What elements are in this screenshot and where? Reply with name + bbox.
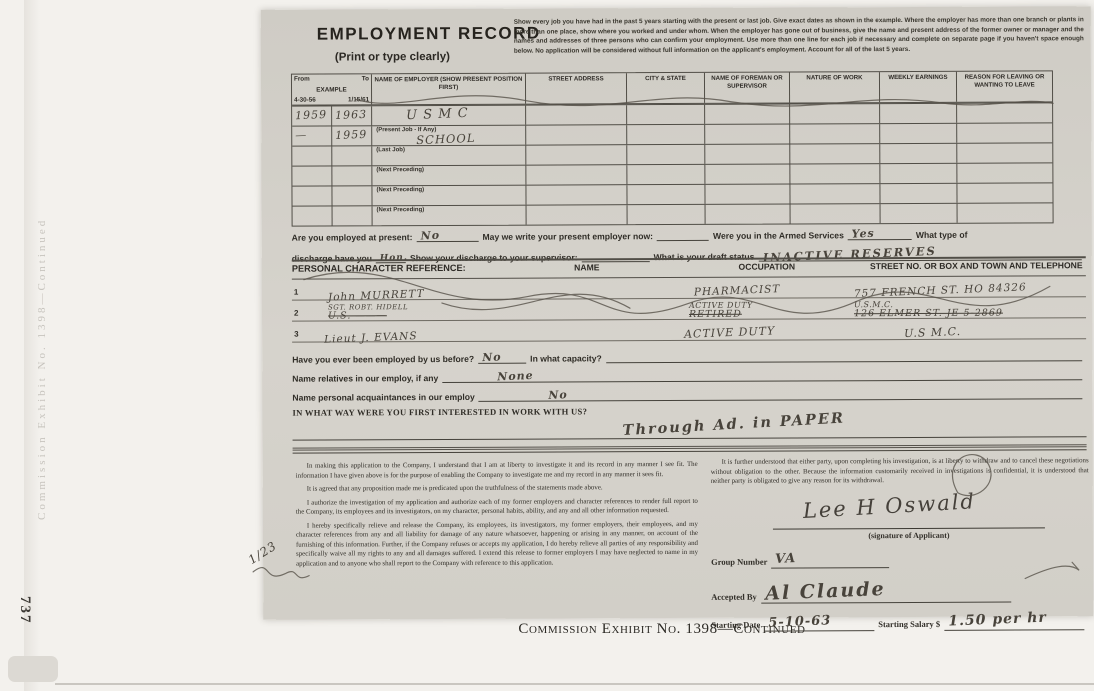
references-col-address: STREET NO. OR BOX AND TOWN AND TELEPHONE — [867, 260, 1086, 276]
header-foreman: NAME OF FOREMAN OR SUPERVISOR — [705, 73, 790, 103]
header-employer: NAME OF EMPLOYER (SHOW PRESENT POSITION … — [372, 74, 526, 105]
row5-label: (Next Preceding) — [376, 187, 424, 193]
header-street: STREET ADDRESS — [526, 73, 627, 103]
group-number-label: Group Number — [711, 556, 767, 568]
table-row: — 1959 (Present Job - If Any) SCHOOL — [292, 122, 1052, 145]
reference3-occupation: ACTIVE DUTY — [634, 322, 844, 344]
scan-artifact — [8, 656, 58, 682]
group-number-field: VA — [771, 552, 889, 569]
references-col-name: NAME — [507, 262, 667, 278]
starting-date-field: 5-10-63 — [764, 615, 874, 631]
question-employed-before: Have you ever been employed by us before… — [292, 354, 474, 365]
question-employed-at-present: Are you employed at present: — [292, 232, 413, 243]
reference-number: 3 — [292, 330, 314, 342]
history-questions: Have you ever been employed by us before… — [292, 342, 1086, 453]
reference2-address: U.S.M.C. 126 ELMER ST. JE 5-2869 — [844, 297, 1086, 318]
page-number: 737 — [16, 596, 33, 625]
employment-history-table: From To EXAMPLE 4-30-56 1/15/61 NAME OF … — [291, 70, 1054, 226]
header-city-state: CITY & STATE — [627, 73, 705, 103]
row1-to: 1963 — [335, 108, 367, 122]
question-armed-services: Were you in the Armed Services — [713, 230, 844, 241]
table-row: (Last Job) — [292, 142, 1052, 165]
reference3-address: U.S M.C. — [844, 320, 1086, 343]
signature-caption: (signature of Applicant) — [773, 529, 1045, 541]
legal-paragraph: I hereby specifically relieve and releas… — [296, 519, 698, 568]
question-capacity: In what capacity? — [530, 353, 602, 363]
table-row: (Next Preceding) — [292, 162, 1052, 185]
references-title: PERSONAL CHARACTER REFERENCE: — [292, 263, 507, 279]
legal-paragraph: It is agreed that any proposition made m… — [296, 483, 698, 494]
write-employer-field — [657, 227, 709, 241]
reference3-name: Lieut J. EVANS — [314, 322, 634, 348]
employed-at-present-field: No — [416, 228, 478, 242]
form-title: EMPLOYMENT RECORD — [317, 24, 541, 45]
table-row: 1959 1963 U S M C — [292, 102, 1052, 125]
example-label: EXAMPLE — [294, 86, 369, 93]
form-instructions: Show every job you have had in the past … — [514, 15, 1084, 56]
employed-before-field: No — [478, 350, 526, 364]
form-subtitle: (Print or type clearly) — [335, 51, 450, 64]
question-discharge-type-1: What type of — [916, 230, 968, 240]
legal-paragraph: It is further understood that either par… — [711, 456, 1089, 486]
legal-paragraphs-left: In making this application to the Compan… — [296, 460, 698, 573]
accepted-by-label: Accepted By — [711, 591, 757, 603]
row6-label: (Next Preceding) — [377, 207, 425, 213]
signature-area: Lee H Oswald (signature of Applicant) — [711, 485, 1089, 545]
header-weekly-earnings: WEEKLY EARNINGS — [880, 72, 957, 102]
row2-to: 1959 — [335, 128, 367, 142]
references-rows: 1 John MURRETT PHARMACIST 757 FRENCH ST.… — [292, 276, 1086, 342]
row3-label: (Last Job) — [376, 147, 405, 153]
header-nature-of-work: NATURE OF WORK — [790, 72, 880, 102]
row1-from: 1959 — [295, 108, 327, 122]
row1-employer: U S M C — [406, 106, 469, 123]
reference-number: 1 — [292, 288, 314, 300]
margin-date-note: 1/23 — [246, 539, 280, 567]
legal-paragraph: I authorize the investigation of my appl… — [296, 496, 698, 517]
header-reason-leaving: REASON FOR LEAVING OR WANTING TO LEAVE — [957, 71, 1052, 101]
employment-record-form: EMPLOYMENT RECORD (Print or type clearly… — [261, 6, 1094, 620]
relatives-field: None — [442, 366, 1082, 383]
applicant-signature: Lee H Oswald — [802, 487, 976, 526]
capacity-field — [606, 347, 1082, 363]
scan-edge-line — [55, 683, 1094, 685]
legal-and-signoff: It is further understood that either par… — [711, 456, 1090, 631]
armed-services-field: Yes — [848, 226, 912, 240]
question-relatives: Name relatives in our employ, if any — [292, 373, 438, 384]
question-write-employer: May we write your present employer now: — [482, 231, 653, 242]
reference-row: 3 Lieut J. EVANS ACTIVE DUTY U.S M.C. — [292, 318, 1086, 342]
legal-paragraph: In making this application to the Compan… — [296, 460, 698, 481]
row2-from: — — [295, 128, 308, 141]
example-dates-cell: From To EXAMPLE 4-30-56 1/15/61 — [292, 74, 372, 104]
table-row: (Next Preceding) — [292, 182, 1052, 205]
margin-exhibit-label: Commission Exhibit No. 1398—Continued — [36, 140, 48, 520]
reference2-occupation: ACTIVE DUTY RETIRED — [634, 298, 844, 319]
references-col-occupation: OCCUPATION — [667, 261, 867, 277]
acquaintances-field: No — [479, 385, 1083, 402]
example-to-date: 1/15/61 — [348, 96, 369, 103]
example-from-date: 4-30-56 — [294, 97, 316, 104]
to-label: To — [362, 75, 369, 82]
first-interested-field: Through Ad. in PAPER — [292, 414, 1086, 440]
accepted-by-field: Al Claude — [761, 579, 1011, 603]
from-label: From — [294, 76, 310, 83]
starting-salary-label: Starting Salary $ — [878, 619, 940, 631]
row4-label: (Next Preceding) — [376, 167, 424, 173]
question-acquaintances: Name personal acquaintances in our emplo… — [292, 392, 474, 403]
starting-date-label: Starting Date — [711, 619, 760, 631]
starting-salary-field: 1.50 per hr — [944, 614, 1084, 631]
reference-number: 2 — [292, 309, 314, 321]
row2-employer: SCHOOL — [416, 131, 476, 147]
employment-table-header: From To EXAMPLE 4-30-56 1/15/61 NAME OF … — [292, 71, 1052, 105]
